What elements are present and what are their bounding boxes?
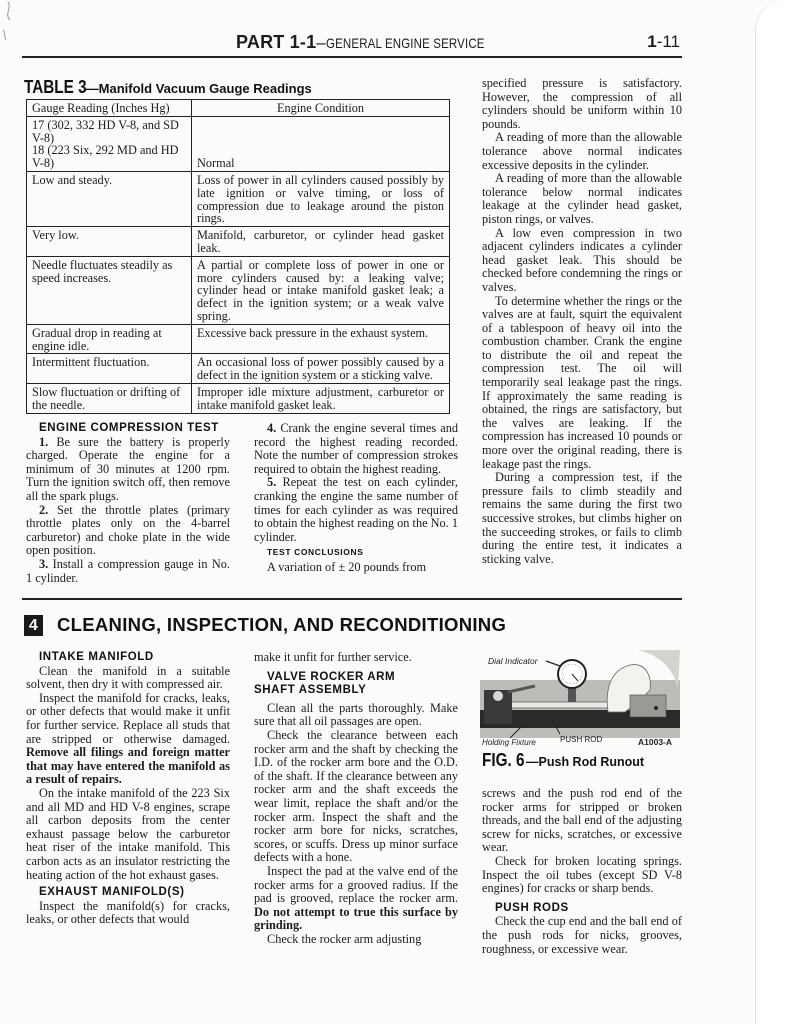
table-cell-reading: Very low. [27, 227, 192, 257]
compression-test-col1: ENGINE COMPRESSION TEST 1. Be sure the b… [26, 422, 230, 585]
subsection-heading: INTAKE MANIFOLD [26, 651, 230, 665]
table-cell-reading: 17 (302, 332 HD V-8, and SD V-8)18 (223 … [27, 116, 192, 171]
push-rod-runout-figure: Dial Indicator Holding Fixture PUSH ROD … [480, 650, 680, 748]
step-text: Be sure the battery is properly charged.… [26, 435, 230, 503]
paragraph: A reading of more than the allowable tol… [482, 131, 682, 172]
subsection-heading: EXHAUST MANIFOLD(S) [26, 886, 230, 900]
step: 4. Crank the engine several times and re… [254, 422, 458, 476]
figure-code: A1003-A [638, 737, 672, 747]
table-row: Intermittent fluctuation. An occasional … [27, 354, 450, 384]
column-header: Engine Condition [192, 100, 450, 117]
section-number-badge: 4 [24, 615, 43, 636]
figure-title: —Push Rod Runout [526, 755, 644, 769]
paragraph: Inspect the manifold(s) for cracks, leak… [26, 900, 230, 927]
paragraph: Clean the manifold in a suitable solvent… [26, 665, 230, 692]
paragraph-bold: Do not attempt to true this surface by g… [254, 905, 458, 933]
table-cell-reading: Low and steady. [27, 171, 192, 226]
paragraph-text: Inspect the manifold for cracks, leaks, … [26, 691, 230, 746]
step-number: 1. [39, 435, 48, 449]
step-text: Install a compression gauge in No. 1 cyl… [26, 557, 230, 585]
part-label: PART 1-1 [236, 32, 316, 52]
section-heading: ENGINE COMPRESSION TEST [26, 422, 230, 436]
table-row: Slow fluctuation or drifting of the need… [27, 383, 450, 413]
paragraph-bold: Remove all filings and foreign matter th… [26, 745, 230, 786]
paragraph: Check the rocker arm adjusting [254, 933, 458, 947]
conclusions-col3: specified pressure is satisfactory. Howe… [482, 77, 682, 566]
table-row: Needle fluctuates steadily as speed incr… [27, 256, 450, 324]
table-row: Gradual drop in reading at engine idle. … [27, 324, 450, 354]
column-header: Gauge Reading (Inches Hg) [27, 100, 192, 117]
table-title: TABLE 3—Manifold Vacuum Gauge Readings [24, 77, 312, 98]
intake-manifold-col1: INTAKE MANIFOLD Clean the manifold in a … [26, 651, 230, 927]
step-text: Crank the engine several times and recor… [254, 421, 458, 476]
figure-number: FIG. 6 [482, 750, 525, 771]
label-push-rod: PUSH ROD [560, 735, 602, 744]
step-number: 2. [39, 503, 48, 517]
table-cell-reading: Gradual drop in reading at engine idle. [27, 324, 192, 354]
subsection-heading: VALVE ROCKER ARMSHAFT ASSEMBLY [254, 671, 458, 698]
table-caption: —Manifold Vacuum Gauge Readings [86, 81, 312, 96]
step-text: Set the throttle plates (primary throttl… [26, 503, 230, 558]
subsection-heading: TEST CONCLUSIONS [254, 546, 458, 560]
reading-line: 18 (223 Six, 292 MD and HD V-8) [32, 144, 186, 170]
paragraph: Inspect the manifold for cracks, leaks, … [26, 692, 230, 787]
paragraph: During a compression test, if the pressu… [482, 471, 682, 566]
table-cell-reading: Intermittent fluctuation. [27, 354, 192, 384]
push-rods-col3: screws and the push rod end of the rocke… [482, 787, 682, 956]
paragraph: A low even compression in two adjacent c… [482, 227, 682, 295]
rocker-arm-col2: make it unfit for further service. VALVE… [254, 651, 458, 946]
step-number: 5. [267, 475, 276, 489]
reading-line: 17 (302, 332 HD V-8, and SD V-8) [32, 119, 186, 145]
table-header-row: Gauge Reading (Inches Hg) Engine Conditi… [27, 100, 450, 117]
page-header: PART 1-1–GENERAL ENGINE SERVICE 1-11 [22, 28, 682, 58]
section-divider [22, 598, 682, 600]
section-label: GENERAL ENGINE SERVICE [326, 35, 485, 51]
table-cell-reading: Needle fluctuates steadily as speed incr… [27, 256, 192, 324]
label-dial-indicator: Dial Indicator [488, 656, 539, 666]
table-cell-reading: Slow fluctuation or drifting of the need… [27, 383, 192, 413]
table-row: Low and steady. Loss of power in all cyl… [27, 171, 450, 226]
table-cell-condition: Normal [192, 116, 450, 171]
table-cell-condition: Excessive back pressure in the exhaust s… [192, 324, 450, 354]
paragraph: screws and the push rod end of the rocke… [482, 787, 682, 855]
header-title: PART 1-1–GENERAL ENGINE SERVICE [236, 32, 519, 53]
paragraph: Check the clearance between each rocker … [254, 729, 458, 865]
paragraph: Clean all the parts thoroughly. Make sur… [254, 702, 458, 729]
table-label: TABLE 3 [24, 77, 87, 98]
paragraph: A reading of more than the allowable tol… [482, 172, 682, 226]
step-number: 4. [267, 421, 276, 435]
paragraph: specified pressure is satisfactory. Howe… [482, 77, 682, 131]
header-dash: – [316, 33, 326, 52]
section-title: CLEANING, INSPECTION, AND RECONDITIONING [57, 614, 506, 636]
step: 5. Repeat the test on each cylinder, cra… [254, 476, 458, 544]
page-number: 1-11 [647, 32, 680, 52]
table-cell-condition: Manifold, carburetor, or cylinder head g… [192, 227, 450, 257]
page-number-prefix: 1 [647, 32, 656, 51]
step-text: Repeat the test on each cylinder, cranki… [254, 475, 458, 543]
vacuum-gauge-table: Gauge Reading (Inches Hg) Engine Conditi… [26, 99, 450, 414]
subsection-heading: PUSH RODS [482, 902, 682, 916]
table-row: Very low. Manifold, carburetor, or cylin… [27, 227, 450, 257]
heading-line: SHAFT ASSEMBLY [254, 684, 366, 696]
label-holding-fixture: Holding Fixture [482, 738, 536, 747]
page-edge [755, 0, 786, 1024]
section-heading-4: 4 CLEANING, INSPECTION, AND RECONDITIONI… [24, 614, 506, 636]
table-cell-condition: An occasional loss of power possibly cau… [192, 354, 450, 384]
compression-test-col2: 4. Crank the engine several times and re… [254, 422, 458, 575]
page-number-suffix: -11 [657, 32, 680, 51]
paragraph: A variation of ± 20 pounds from [254, 561, 458, 575]
paragraph: On the intake manifold of the 223 Six an… [26, 787, 230, 882]
paragraph-text: Inspect the pad at the valve end of the … [254, 864, 458, 905]
paragraph: Check for broken locating springs. Inspe… [482, 855, 682, 896]
step: 3. Install a compression gauge in No. 1 … [26, 558, 230, 585]
table-row: 17 (302, 332 HD V-8, and SD V-8)18 (223 … [27, 116, 450, 171]
step: 2. Set the throttle plates (primary thro… [26, 504, 230, 558]
table-cell-condition: Improper idle mixture adjustment, carbur… [192, 383, 450, 413]
paragraph: To determine whether the rings or the va… [482, 295, 682, 472]
step: 1. Be sure the battery is properly charg… [26, 436, 230, 504]
paragraph: Inspect the pad at the valve end of the … [254, 865, 458, 933]
figure-caption: FIG. 6—Push Rod Runout [482, 750, 644, 771]
table-cell-condition: Loss of power in all cylinders caused po… [192, 171, 450, 226]
heading-line: VALVE ROCKER ARM [267, 671, 395, 683]
step-number: 3. [39, 557, 48, 571]
paragraph: Check the cup end and the ball end of th… [482, 915, 682, 956]
paragraph: make it unfit for further service. [254, 651, 458, 665]
table-cell-condition: A partial or complete loss of power in o… [192, 256, 450, 324]
